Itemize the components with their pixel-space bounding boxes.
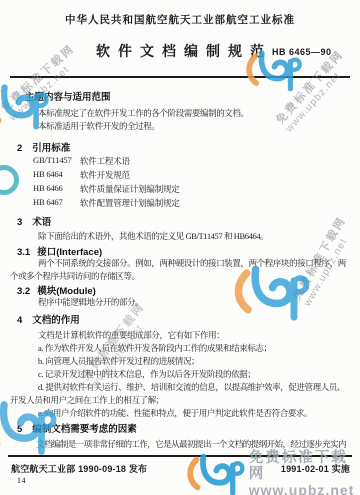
section-1-heading: 主题内容与适用范围 [25, 89, 111, 103]
standard-org-line: 中华人民共和国航空航天工业部航空工业标准 [0, 12, 360, 27]
section-heading-number: 4 [17, 315, 22, 326]
footer-issue: 航空航天工业部 1990-09-18 发布 [11, 462, 147, 475]
header-divider [10, 76, 350, 78]
list-item: b. 向管理人员报告软件开发过程的进展情况； [38, 355, 199, 367]
reference-code: HB 6466 [33, 183, 80, 197]
paragraph: 本标准适用于软件开发的全过程。 [38, 120, 160, 132]
section-heading-title: 编制文档需要考虑的因素 [32, 424, 137, 435]
reference-name: 软件配置管理计划编制规定 [80, 197, 180, 211]
list-item: a. 作为软件开发人员在软件开发各阶段内工作的成果和结束标志； [38, 342, 272, 354]
upbz-ring-icon [0, 165, 19, 195]
section-heading-title: 术语 [32, 217, 51, 228]
section-3-heading: 3术语 [17, 214, 51, 228]
upbz-logo-icon [186, 451, 246, 495]
reference-name: 软件质量保证计划编制规定 [80, 183, 180, 197]
list-item: e. 向用户介绍软件的功能、性能和特点，便于用户判定此软件是否符合要求。 [38, 407, 312, 419]
section-2-heading: 2引用标准 [17, 140, 70, 154]
paragraph: 两个不同系统的交接部分。例如，两种硬设计的接口装置，两个程序块的接口程序，两个或… [10, 257, 353, 283]
section-heading-number: 5 [17, 424, 22, 435]
list-item: d. 提供对软件有关运行、维护、培训和交流的信息，以提高维护效率，促进管理人员、… [10, 381, 353, 407]
section-5-heading: 5编制文档需要考虑的因素 [17, 421, 137, 435]
watermark-site-url: www.upbz.net [249, 482, 360, 495]
reference-code: GB/T11457 [33, 155, 80, 169]
watermark-site-url: www.upbz.net [284, 57, 355, 135]
scanned-standard-page: 中华人民共和国航空航天工业部航空工业标准 软件文档编制规范 HB 6465—90… [0, 0, 360, 495]
reference-row: HB 6467 软件配置管理计划编制规定 [33, 197, 180, 211]
reference-row: HB 6466 软件质量保证计划编制规定 [33, 183, 180, 197]
reference-name: 软件工程术语 [80, 155, 130, 169]
references-list: GB/T11457 软件工程术语 HB 6464 软件开发规范 HB 6466 … [33, 155, 180, 211]
section-heading-title: 文档的作用 [32, 315, 80, 326]
section-heading-title: 引用标准 [32, 143, 70, 154]
paragraph: 程序中能逻辑地分开的部分。 [38, 296, 143, 308]
reference-code: HB 6464 [33, 169, 80, 183]
paragraph: 本标准规定了在软件开发工作的各个阶段需要编制的文档。 [38, 107, 249, 119]
section-heading-number: 3.2 [17, 286, 30, 297]
reference-name: 软件开发规范 [80, 169, 130, 183]
paragraph: 文档是计算机软件的重要组成部分，它有如下作用： [38, 329, 224, 341]
reference-row: HB 6464 软件开发规范 [33, 169, 180, 183]
section-heading-number: 2 [17, 143, 22, 154]
section-heading-title: 主题内容与适用范围 [25, 92, 111, 103]
footer-divider [8, 455, 352, 457]
paragraph: 除下面给出的术语外，其他术语的定义见 GB/T11457 和 HB6464。 [38, 230, 268, 242]
section-3-2-heading: 3.2模块(Module) [17, 283, 96, 297]
reference-row: GB/T11457 软件工程术语 [33, 155, 180, 169]
footer-implementation: 1991-02-01 实施 [281, 462, 350, 475]
paragraph: 文档编制是一项非常仔细的工作，它是从最初提出一个文档的提纲开始，经过逐步充实内 [36, 438, 346, 450]
page-number: 14 [17, 476, 26, 485]
section-4-heading: 4文档的作用 [17, 312, 80, 326]
section-3-1-heading: 3.1接口(Interface) [17, 244, 102, 258]
section-heading-number: 3 [17, 217, 22, 228]
standard-number: HB 6465—90 [272, 47, 332, 57]
list-item: c. 记录开发过程中的技术信息，作为以后各开发阶段的依据； [38, 368, 255, 380]
reference-code: HB 6467 [33, 197, 80, 211]
